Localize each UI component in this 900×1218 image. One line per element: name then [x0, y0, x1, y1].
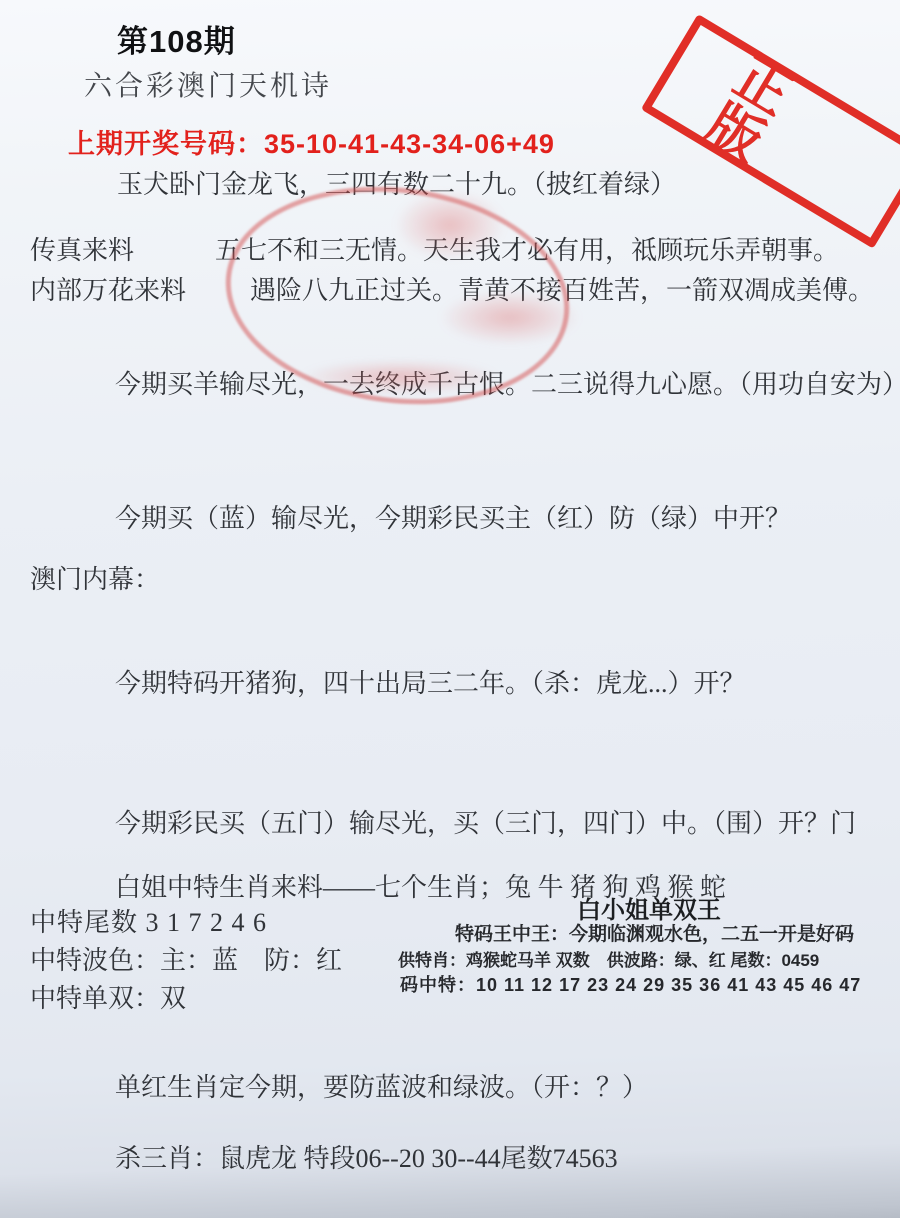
lottery-tip-sheet: 第108期 六合彩澳门天机诗 上期开奖号码：35-10-41-43-34-06+… — [0, 0, 900, 1218]
internal-source-label: 内部万花来料 — [30, 270, 186, 307]
internal-verse: 遇险八九正过关。青黄不接百姓苦，一箭双凋成美傅。 — [250, 270, 874, 307]
five-doors-verse: 今期彩民买（五门）输尽光，买（三门，四门）中。（围）开？门 — [115, 803, 856, 840]
red-zodiac-line: 单红生肖定今期，要防蓝波和绿波。（开：？） — [115, 1067, 648, 1104]
panel-zodiac-wave-line: 供特肖：鸡猴蛇马羊 双数 供波路：绿、红 尾数：0459 — [398, 946, 819, 971]
odd-even-line: 中特单双：双 — [30, 978, 186, 1015]
page-title: 六合彩澳门天机诗 — [84, 64, 332, 104]
panel-king-line: 特码王中王：今期临渊观水色，二五一开是好码 — [455, 919, 854, 946]
opening-verse: 玉犬卧门金龙飞，三四有数二十九。（披红着绿） — [117, 164, 676, 201]
tail-numbers-line: 中特尾数 3 1 7 2 4 6 — [30, 902, 267, 939]
genuine-stamp-text: 正版 — [648, 19, 900, 243]
fax-verse: 五七不和三无情。天生我才必有用，祗顾玩乐弄朝事。 — [215, 230, 839, 267]
blue-wave-verse: 今期买（蓝）输尽光，今期彩民买主（红）防（绿）中开？ — [115, 498, 791, 535]
macau-insider-label: 澳门内幕： — [30, 559, 160, 596]
last-draw-numbers: 上期开奖号码：35-10-41-43-34-06+49 — [68, 122, 555, 161]
fax-source-label: 传真来料 — [30, 230, 134, 267]
sheep-verse: 今期买羊输尽光，一去终成千古恨。二三说得九心愿。（用功自安为） — [115, 364, 900, 401]
genuine-stamp: 正版 — [641, 14, 900, 249]
issue-number: 第108期 — [117, 16, 236, 61]
special-code-verse: 今期特码开猪狗，四十出局三二年。（杀：虎龙...）开？ — [115, 663, 746, 700]
panel-numbers-line: 码中特：10 11 12 17 23 24 29 35 36 41 43 45 … — [400, 971, 861, 997]
kill-three-line: 杀三肖：鼠虎龙 特段06--20 30--44尾数74563 — [115, 1138, 618, 1175]
wave-color-line: 中特波色：主：蓝 防：红 — [30, 940, 342, 977]
